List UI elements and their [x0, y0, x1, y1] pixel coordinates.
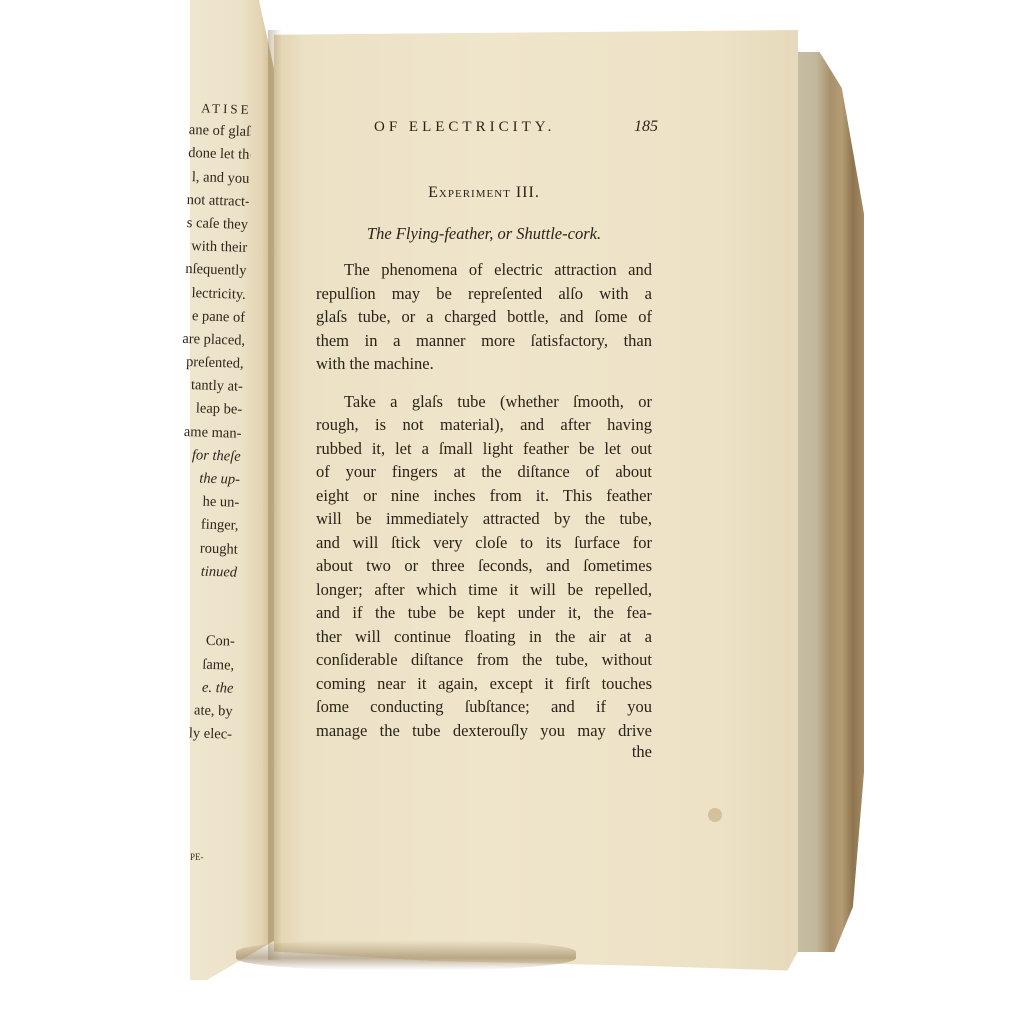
page-edge-stain — [236, 940, 576, 970]
text-line: and if the tube be kept under it, the fe… — [316, 601, 652, 625]
text-line: coming near it again, except it firſt to… — [316, 672, 652, 696]
running-head: OF ELECTRICITY. 185 — [316, 118, 652, 148]
left-line: not attract- — [186, 189, 249, 214]
left-line: for theſe — [178, 444, 241, 469]
left-line: lectricity. — [183, 281, 246, 306]
left-line: done let the — [188, 142, 251, 167]
text-line: repulſion may be repreſented alſo with a — [316, 282, 652, 306]
left-line: nſequently — [184, 258, 247, 283]
left-line: s caſe they — [186, 212, 249, 237]
text-line: longer; after which time it will be repe… — [316, 578, 652, 602]
text-line: of your fingers at the diſtance of about — [316, 460, 652, 484]
text-line: glaſs tube, or a charged bottle, and ſom… — [316, 305, 652, 329]
text-line: conſiderable diſtance from the tube, wit… — [316, 648, 652, 672]
left-line: e. the — [171, 675, 234, 700]
left-line: he un- — [177, 490, 240, 515]
text-line: rough, is not material), and after havin… — [316, 413, 652, 437]
experiment-subtitle: The Flying-feather, or Shuttle-cork. — [316, 224, 652, 252]
left-running-head: ATISE — [189, 96, 252, 121]
paragraph-1: The phenomena of electric attraction and… — [316, 258, 652, 376]
text-line: Take a glaſs tube (whether ſmooth, or — [316, 390, 652, 414]
left-line: l, and you — [187, 166, 250, 191]
left-line: ſame, — [172, 652, 235, 677]
text-line: and will ſtick very cloſe to its ſurface… — [316, 531, 652, 555]
right-page-text: OF ELECTRICITY. 185 Experiment III. The … — [316, 118, 652, 766]
left-line: finger, — [176, 513, 239, 538]
text-line: rubbed it, let a ſmall light feather be … — [316, 437, 652, 461]
running-title: OF ELECTRICITY. — [374, 119, 555, 136]
left-line: rought — [175, 536, 238, 561]
text-line: with the machine. — [316, 352, 652, 376]
left-line: tantly at- — [181, 374, 244, 399]
book-fore-edge — [790, 52, 864, 952]
left-line: tinued — [175, 560, 238, 585]
left-line: Con- — [173, 629, 236, 654]
left-line: are placed, — [182, 328, 245, 353]
left-line: preſented, — [181, 351, 244, 376]
text-line: will be immediately attracted by the tub… — [316, 507, 652, 531]
left-line — [174, 583, 237, 608]
left-line: ate, by — [170, 699, 233, 724]
catchword: the — [316, 742, 652, 766]
left-line: ane of glaſs, — [189, 119, 252, 144]
foxing-spot — [708, 808, 722, 822]
left-line: ly elec- — [170, 722, 233, 747]
left-catchword: PE- — [190, 852, 204, 862]
paragraph-2: Take a glaſs tube (whether ſmooth, or ro… — [316, 390, 652, 743]
left-line — [173, 606, 236, 631]
text-line: manage the tube dexterouſly you may driv… — [316, 719, 652, 743]
text-line: ther will continue floating in the air a… — [316, 625, 652, 649]
text-line: ſome conducting ſubſtance; and if you — [316, 695, 652, 719]
gutter-shadow — [268, 30, 282, 960]
left-line: leap be- — [180, 397, 243, 422]
text-line: The phenomena of electric attraction and — [316, 258, 652, 282]
left-line: e pane of — [183, 305, 246, 330]
book-photo: ATISE ane of glaſs, done let the l, and … — [0, 0, 1024, 1024]
left-line: with their — [185, 235, 248, 260]
text-line: about two or three ſeconds, and ſometime… — [316, 554, 652, 578]
page-number: 185 — [634, 118, 658, 136]
left-line: the up- — [178, 467, 241, 492]
experiment-title: Experiment III. — [316, 184, 652, 212]
left-line: ame man- — [179, 420, 242, 445]
text-line: eight or nine inches from it. This feath… — [316, 484, 652, 508]
text-line: them in a manner more ſatisfactory, than — [316, 329, 652, 353]
